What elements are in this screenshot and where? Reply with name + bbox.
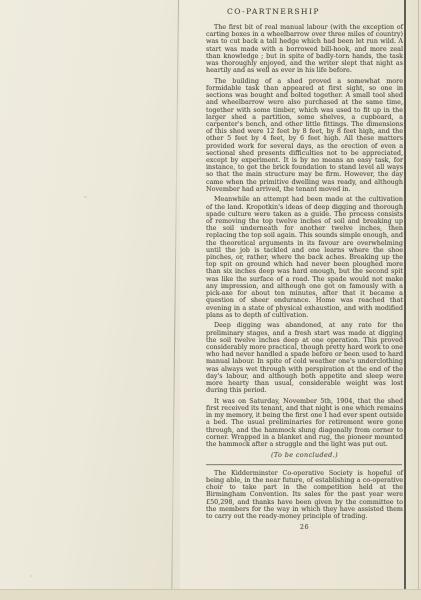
scanned-book-spread: CO-PARTNERSHIP The first bit of real man…	[0, 0, 421, 600]
section-divider-rule	[206, 464, 402, 466]
blank-left-page	[0, 0, 180, 600]
paper-speck	[84, 196, 87, 198]
continuation-note: (To be concluded.)	[206, 452, 403, 459]
article-paragraph-1: The first bit of real manual labour (wit…	[206, 24, 403, 74]
paper-speck	[30, 575, 32, 577]
page-number: 26	[206, 524, 403, 531]
next-page-edge-line	[418, 0, 419, 600]
article-paragraph-2: The building of a shed proved a somewhat…	[206, 78, 403, 193]
page-title: CO-PARTNERSHIP	[227, 7, 403, 16]
article-paragraph-4: Deep digging was abandoned, at any rate …	[206, 322, 403, 394]
article-paragraph-3: Meanwhile an attempt had been made at th…	[206, 196, 403, 318]
article-column: CO-PARTNERSHIP The first bit of real man…	[206, 7, 403, 531]
news-item-paragraph: The Kidderminster Co-operative Society i…	[206, 470, 403, 520]
scan-bottom-edge	[0, 589, 421, 600]
next-page-edge	[406, 0, 421, 600]
article-paragraph-5: It was on Saturday, November 5th, 1904, …	[206, 398, 403, 448]
